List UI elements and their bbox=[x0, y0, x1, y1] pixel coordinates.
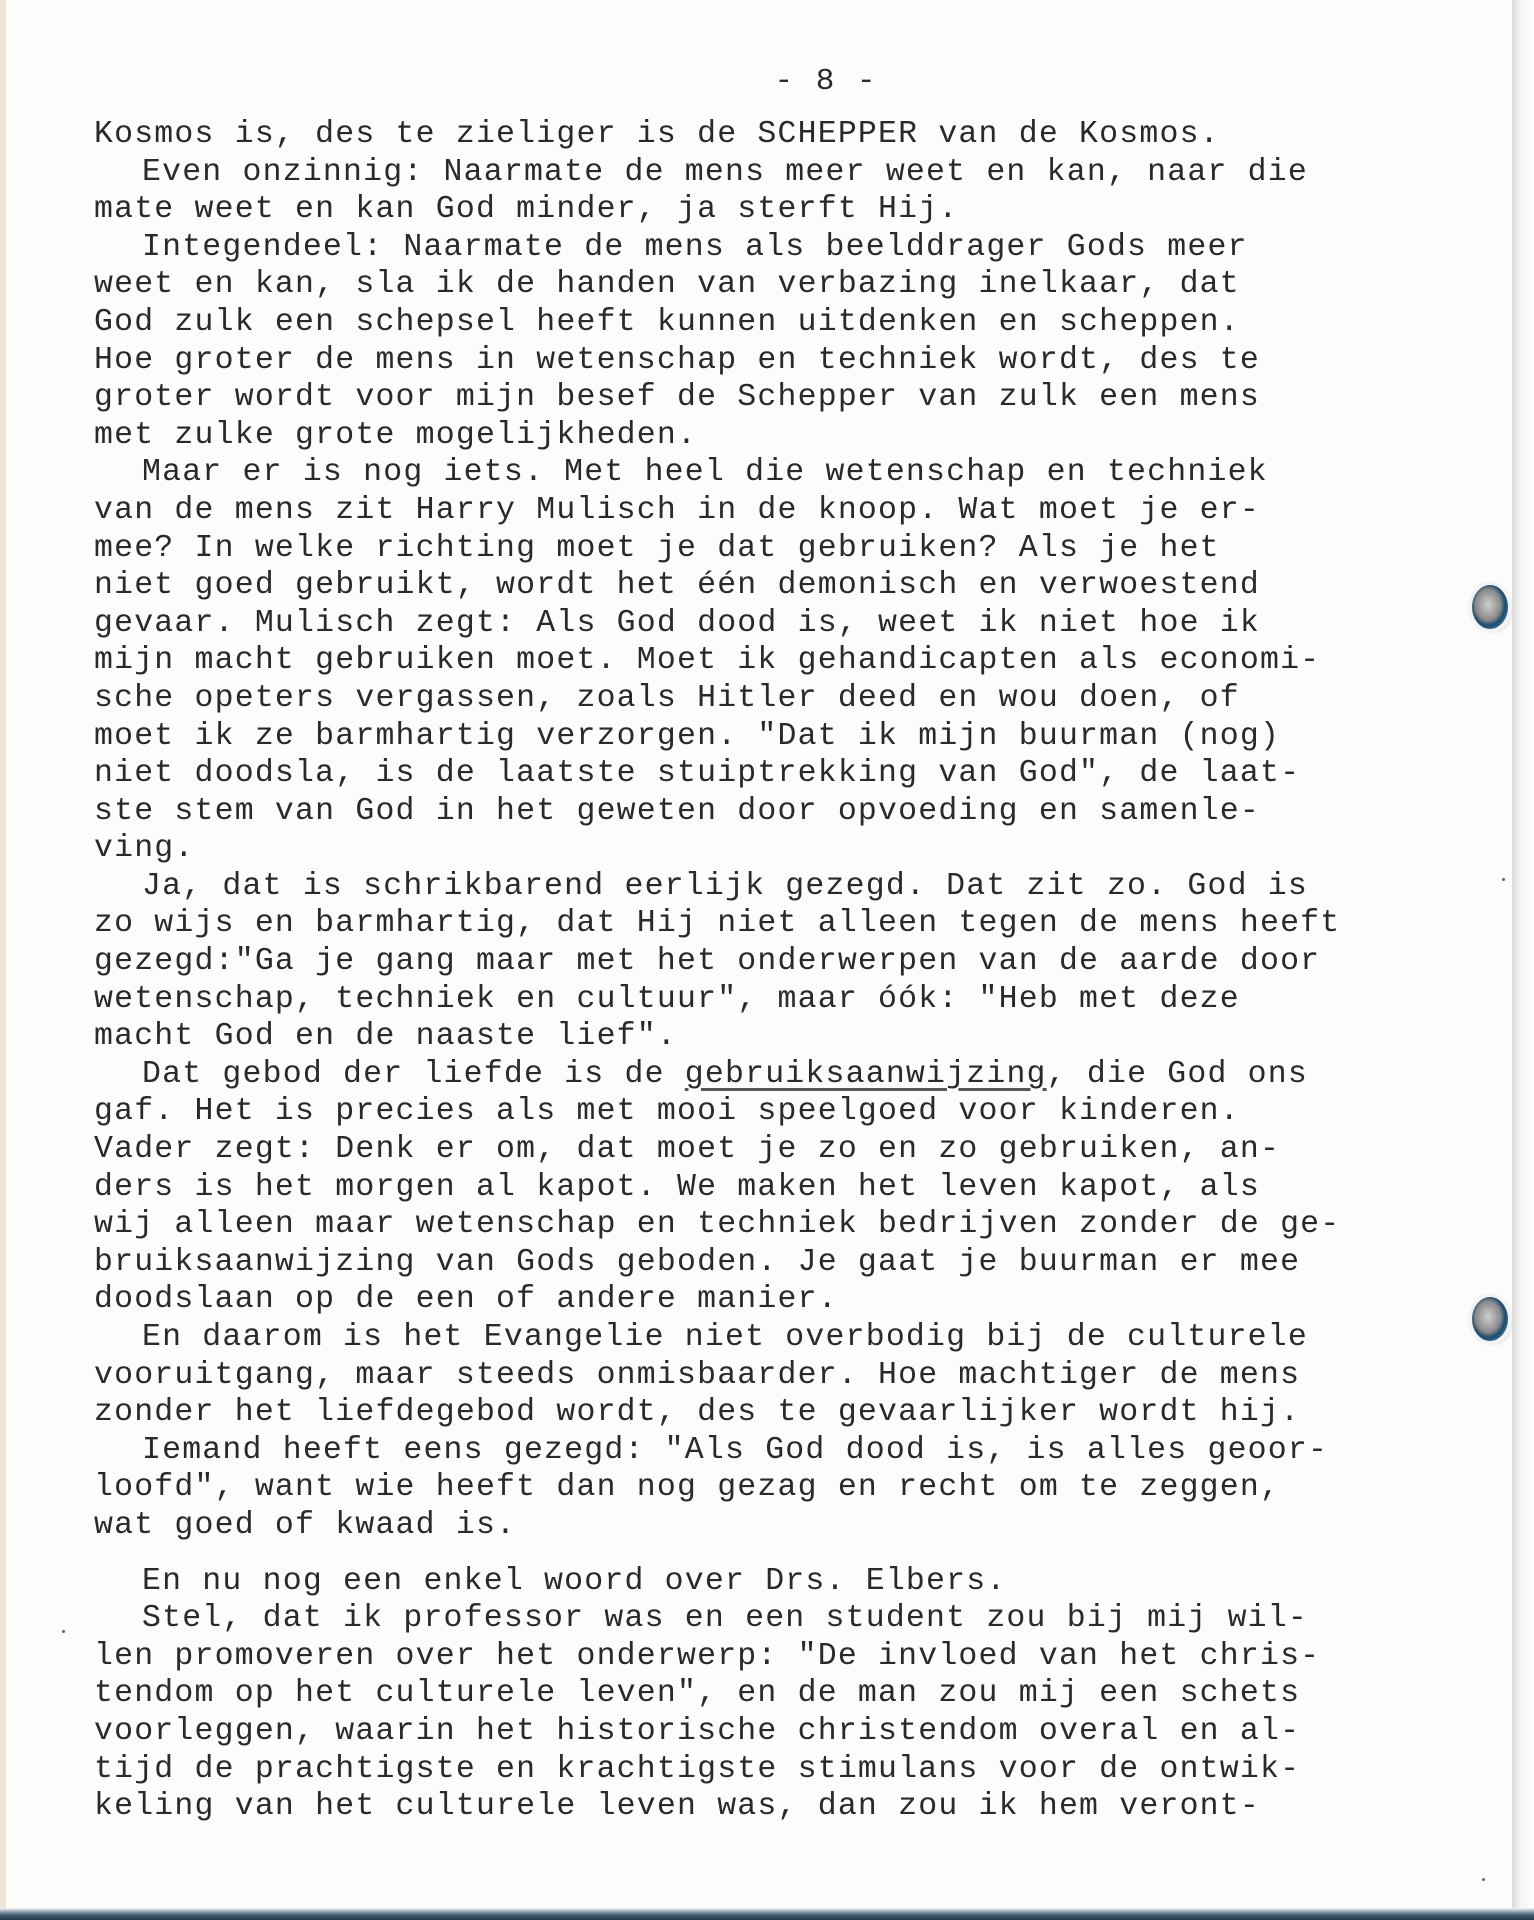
underlined-term: gebruiksaanwijzing bbox=[685, 1057, 1047, 1092]
paragraph-gap bbox=[94, 1545, 1514, 1563]
text-line: Maar er is nog iets. Met heel die wetens… bbox=[94, 454, 1514, 492]
text-line: vooruitgang, maar steeds onmisbaarder. H… bbox=[94, 1357, 1514, 1395]
text-line: wetenschap, techniek en cultuur", maar ó… bbox=[94, 981, 1514, 1019]
text-line: wij alleen maar wetenschap en techniek b… bbox=[94, 1206, 1514, 1244]
text-line: ders is het morgen al kapot. We maken he… bbox=[94, 1169, 1514, 1207]
text-line: moet ik ze barmhartig verzorgen. "Dat ik… bbox=[94, 718, 1514, 756]
paper-speck bbox=[62, 1630, 65, 1633]
text-line: doodslaan op de een of andere manier. bbox=[94, 1281, 1514, 1319]
text-line: zo wijs en barmhartig, dat Hij niet alle… bbox=[94, 905, 1514, 943]
binder-ring-icon bbox=[1472, 1297, 1508, 1341]
text-line: En nu nog een enkel woord over Drs. Elbe… bbox=[94, 1563, 1514, 1601]
typewritten-page: - 8 - Kosmos is, des te zieliger is de S… bbox=[0, 0, 1518, 1908]
paper-speck bbox=[1502, 878, 1505, 881]
text-line: weet en kan, sla ik de handen van verbaz… bbox=[94, 266, 1514, 304]
text-line: tendom op het culturele leven", en de ma… bbox=[94, 1675, 1514, 1713]
text-line: tijd de prachtigste en krachtigste stimu… bbox=[94, 1751, 1514, 1789]
text-line: Hoe groter de mens in wetenschap en tech… bbox=[94, 342, 1514, 380]
text-line: niet goed gebruikt, wordt het één demoni… bbox=[94, 567, 1514, 605]
text-line: Integendeel: Naarmate de mens als beeldd… bbox=[94, 229, 1514, 267]
text-line: groter wordt voor mijn besef de Schepper… bbox=[94, 379, 1514, 417]
text-line: keling van het culturele leven was, dan … bbox=[94, 1788, 1514, 1826]
binder-ring-icon bbox=[1472, 585, 1508, 629]
text-line: Vader zegt: Denk er om, dat moet je zo e… bbox=[94, 1131, 1514, 1169]
text-line: gevaar. Mulisch zegt: Als God dood is, w… bbox=[94, 605, 1514, 643]
text-line: niet doodsla, is de laatste stuiptrekkin… bbox=[94, 755, 1514, 793]
text-line: Iemand heeft eens gezegd: "Als God dood … bbox=[94, 1432, 1514, 1470]
text-line: Even onzinnig: Naarmate de mens meer wee… bbox=[94, 154, 1514, 192]
text-line: bruiksaanwijzing van Gods geboden. Je ga… bbox=[94, 1244, 1514, 1282]
text-line: Kosmos is, des te zieliger is de SCHEPPE… bbox=[94, 116, 1514, 154]
text-line: mee? In welke richting moet je dat gebru… bbox=[94, 530, 1514, 568]
text-line: gaf. Het is precies als met mooi speelgo… bbox=[94, 1093, 1514, 1131]
text-line: En daarom is het Evangelie niet overbodi… bbox=[94, 1319, 1514, 1357]
page-number: - 8 - bbox=[6, 64, 1534, 99]
text-line: ste stem van God in het geweten door opv… bbox=[94, 793, 1514, 831]
text-line: zonder het liefdegebod wordt, des te gev… bbox=[94, 1394, 1514, 1432]
text-line: wat goed of kwaad is. bbox=[94, 1507, 1514, 1545]
text-line: met zulke grote mogelijkheden. bbox=[94, 417, 1514, 455]
text-line: Stel, dat ik professor was en een studen… bbox=[94, 1600, 1514, 1638]
text-line: ving. bbox=[94, 830, 1514, 868]
page-edge-shadow bbox=[1512, 0, 1534, 1920]
text-line: mate weet en kan God minder, ja sterft H… bbox=[94, 191, 1514, 229]
text-line: voorleggen, waarin het historische chris… bbox=[94, 1713, 1514, 1751]
text-line: mijn macht gebruiken moet. Moet ik gehan… bbox=[94, 642, 1514, 680]
text-line: len promoveren over het onderwerp: "De i… bbox=[94, 1638, 1514, 1676]
binder-cover-edge bbox=[0, 1908, 1534, 1920]
text-line: van de mens zit Harry Mulisch in de knoo… bbox=[94, 492, 1514, 530]
text-line: gezegd:"Ga je gang maar met het onderwer… bbox=[94, 943, 1514, 981]
text-line: Ja, dat is schrikbarend eerlijk gezegd. … bbox=[94, 868, 1514, 906]
text-line: sche opeters vergassen, zoals Hitler dee… bbox=[94, 680, 1514, 718]
text-line: God zulk een schepsel heeft kunnen uitde… bbox=[94, 304, 1514, 342]
text-line: macht God en de naaste lief". bbox=[94, 1018, 1514, 1056]
text-line: Dat gebod der liefde is de gebruiksaanwi… bbox=[94, 1056, 1514, 1094]
body-text: Kosmos is, des te zieliger is de SCHEPPE… bbox=[94, 116, 1514, 1826]
text-line: loofd", want wie heeft dan nog gezag en … bbox=[94, 1469, 1514, 1507]
paper-speck bbox=[1482, 1878, 1485, 1881]
